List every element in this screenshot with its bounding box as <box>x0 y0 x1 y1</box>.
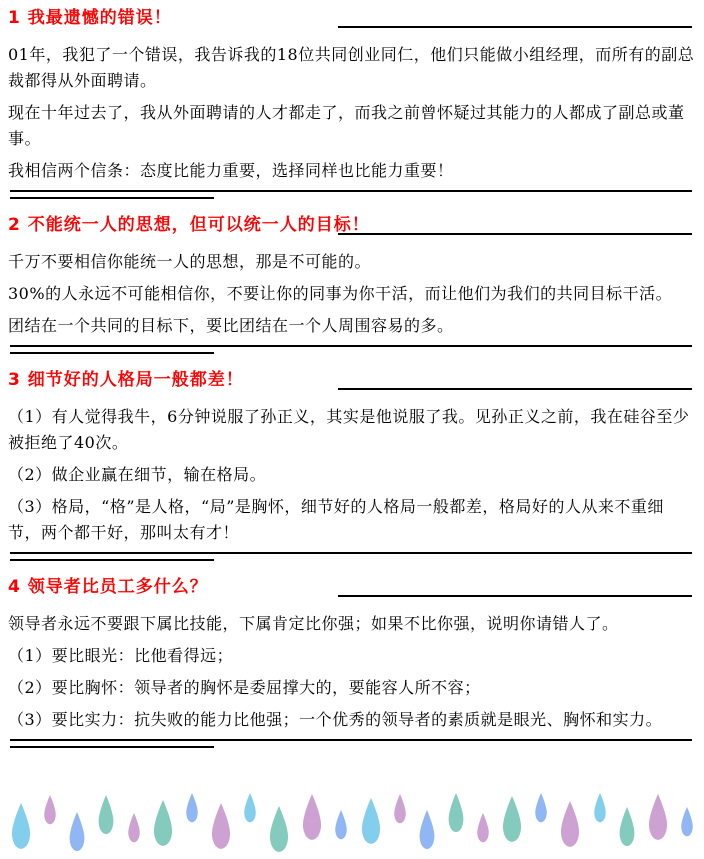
raindrop-icon <box>185 793 199 823</box>
paragraph: 现在十年过去了，我从外面聘请的人才都走了，而我之前曾怀疑过其能力的人都成了副总或… <box>8 100 696 152</box>
paragraph: 我相信两个信条：态度比能力重要，选择同样也比能力重要！ <box>8 158 696 184</box>
droplets-row <box>0 793 704 855</box>
raindrop-icon <box>10 803 32 850</box>
separator-line-full <box>10 190 692 192</box>
raindrop-icon <box>618 807 636 847</box>
section-heading: 2 不能统一人的思想，但可以统一人的目标！ <box>8 215 370 235</box>
raindrop-icon <box>360 798 382 845</box>
raindrop-icon <box>301 794 323 841</box>
raindrop-icon <box>43 795 57 825</box>
paragraph: 团结在一个共同的目标下，要比团结在一个人周围容易的多。 <box>8 313 696 339</box>
paragraph: 千万不要相信你能统一人的思想，那是不可能的。 <box>8 249 696 275</box>
separator-line-full <box>10 552 692 554</box>
paragraph: 01年，我犯了一个错误，我告诉我的18位共同创业同仁，他们只能做小组经理，而所有… <box>8 42 696 94</box>
raindrop-icon <box>647 794 669 841</box>
section-heading-row: 4 领导者比员工多什么？ <box>8 577 696 597</box>
section-2: 2 不能统一人的思想，但可以统一人的目标！ 千万不要相信你能统一人的思想，那是不… <box>8 215 696 354</box>
raindrop-icon <box>268 806 290 853</box>
section-paragraphs: 千万不要相信你能统一人的思想，那是不可能的。30%的人永远不可能相信你，不要让你… <box>8 249 696 339</box>
section-separator <box>8 552 696 561</box>
section-4: 4 领导者比员工多什么？ 领导者永远不要跟下属比技能，下属肯定比你强；如果不比你… <box>8 577 696 748</box>
section-heading: 3 细节好的人格局一般都差！ <box>8 370 244 390</box>
heading-rule-line <box>338 233 692 235</box>
separator-line-full <box>10 345 692 347</box>
separator-line-short <box>10 559 214 561</box>
raindrop-icon <box>334 810 348 840</box>
paragraph: 30%的人永远不可能相信你，不要让你的同事为你干活，而让他们为我们的共同目标干活… <box>8 281 696 307</box>
raindrop-icon <box>680 807 694 837</box>
section-1: 1 我最遗憾的错误！ 01年，我犯了一个错误，我告诉我的18位共同创业同仁，他们… <box>8 8 696 199</box>
separator-line-short <box>10 197 214 199</box>
raindrop-icon <box>418 810 436 850</box>
section-separator <box>8 190 696 199</box>
paragraph: （3）要比实力：抗失败的能力比他强；一个优秀的领导者的素质就是眼光、胸怀和实力。 <box>8 707 696 733</box>
raindrop-icon <box>210 803 232 850</box>
raindrop-icon <box>243 793 257 823</box>
section-paragraphs: 01年，我犯了一个错误，我告诉我的18位共同创业同仁，他们只能做小组经理，而所有… <box>8 42 696 184</box>
section-3: 3 细节好的人格局一般都差！ （1）有人觉得我牛，6分钟说服了孙正义，其实是他说… <box>8 370 696 561</box>
raindrop-icon <box>152 800 174 847</box>
section-heading: 4 领导者比员工多什么？ <box>8 577 208 597</box>
paragraph: （1）有人觉得我牛，6分钟说服了孙正义，其实是他说服了我。见孙正义之前，我在硅谷… <box>8 404 696 456</box>
separator-line-short <box>10 352 214 354</box>
heading-rule-line <box>338 595 692 597</box>
section-separator <box>8 345 696 354</box>
heading-rule-line <box>338 388 692 390</box>
section-paragraphs: （1）有人觉得我牛，6分钟说服了孙正义，其实是他说服了我。见孙正义之前，我在硅谷… <box>8 404 696 546</box>
separator-line-full <box>10 739 692 741</box>
section-heading: 1 我最遗憾的错误！ <box>8 8 172 28</box>
raindrop-icon <box>127 813 141 843</box>
section-heading-row: 1 我最遗憾的错误！ <box>8 8 696 28</box>
paragraph: （2）做企业赢在细节，输在格局。 <box>8 462 696 488</box>
raindrop-icon <box>534 793 548 823</box>
section-heading-row: 2 不能统一人的思想，但可以统一人的目标！ <box>8 215 696 235</box>
heading-rule-line <box>338 26 692 28</box>
paragraph: 领导者永远不要跟下属比技能，下属肯定比你强；如果不比你强，说明你请错人了。 <box>8 611 696 637</box>
raindrop-icon <box>476 813 490 843</box>
paragraph: （3）格局，“格”是人格，“局”是胸怀，细节好的人格局一般都差，格局好的人从来不… <box>8 494 696 546</box>
document-body: 1 我最遗憾的错误！ 01年，我犯了一个错误，我告诉我的18位共同创业同仁，他们… <box>0 0 704 748</box>
raindrop-icon <box>593 793 607 823</box>
raindrop-icon <box>68 812 86 852</box>
raindrop-icon <box>501 796 523 843</box>
paragraph: （2）要比胸怀：领导者的胸怀是委屈撑大的，要能容人所不容； <box>8 675 696 701</box>
paragraph: （1）要比眼光：比他看得远； <box>8 643 696 669</box>
raindrop-icon <box>447 793 465 833</box>
raindrop-icon <box>97 795 115 835</box>
section-separator <box>8 739 696 748</box>
section-heading-row: 3 细节好的人格局一般都差！ <box>8 370 696 390</box>
separator-line-short <box>10 746 214 748</box>
section-paragraphs: 领导者永远不要跟下属比技能，下属肯定比你强；如果不比你强，说明你请错人了。（1）… <box>8 611 696 733</box>
raindrop-icon <box>393 794 407 824</box>
raindrop-icon <box>559 801 581 848</box>
